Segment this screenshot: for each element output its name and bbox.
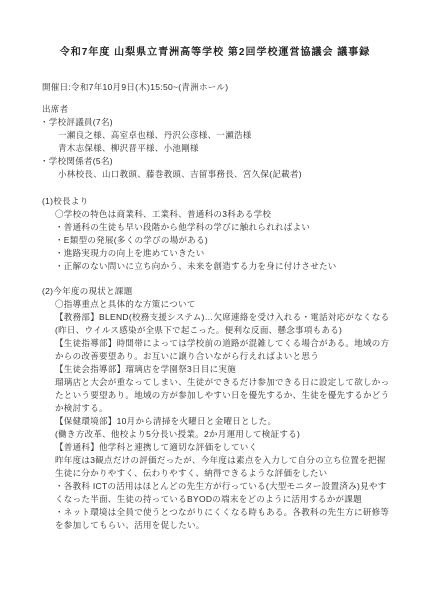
minutes-line: ・正解のない問いに立ち向かう、未来を創造する力を身に付けさせたい [55, 260, 394, 273]
section-current-status-issues: (2)今年度の現状と課題 〇指導重点と具体的な方策について 【教務部】BLEND… [42, 285, 394, 532]
minutes-line: 【教務部】BLEND(校務支援システム)…欠席連絡を受け入れる・電話対応がなくな… [55, 311, 394, 324]
minutes-line: ・ネット環境は全員で使うとつながりにくくなる時もある。各教科の先生方に研修等を参… [55, 506, 394, 532]
section-heading: (2)今年度の現状と課題 [42, 285, 394, 298]
minutes-line: 〇学校の特色は商業科、工業科、普通科の3科ある学校 [55, 208, 394, 221]
attendees-section: 出席者 ・学校評議員(7名) 一瀬良之様、高室卓也様、丹沢公彦様、一瀬浩様 青木… [42, 103, 394, 181]
minutes-line: (働き方改革、他校より5分長い授業。2か月運用して検証する) [55, 428, 394, 441]
minutes-line: ・普通科の生徒も早い段階から他学科の学びに触れられればよい [55, 221, 394, 234]
minutes-line: ・各教科 ICTの活用はほとんどの先生方が行っている(大型モニター設置済み)見や… [55, 480, 394, 506]
attendee-group-label: ・学校関係者(5名) [40, 155, 394, 168]
section-principal-remarks: (1)校長より 〇学校の特色は商業科、工業科、普通科の3科ある学校 ・普通科の生… [42, 195, 394, 273]
meeting-date-line: 開催日:令和7年10月9日(木)15:50~(青洲ホール) [42, 81, 394, 94]
section-heading: (1)校長より [42, 195, 394, 208]
minutes-line: 〇指導重点と具体的な方策について [55, 298, 394, 311]
attendee-group-label: ・学校評議員(7名) [40, 116, 394, 129]
minutes-line: 【保健環境部】10月から清掃を火曜日と金曜日とした。 [55, 415, 394, 428]
document-page: 令和7年度 山梨県立青洲高等学校 第2回学校運営協議会 議事録 開催日:令和7年… [0, 0, 424, 600]
minutes-line: 【生徒指導部】時間帯によっては学校前の道路が混雑してくる場合がある。地域の方から… [55, 337, 394, 363]
attendee-names-line: 青木志保様、柳沢晋平様、小池剛様 [58, 142, 394, 155]
attendees-heading: 出席者 [42, 103, 394, 116]
attendee-names-line: 一瀬良之様、高室卓也様、丹沢公彦様、一瀬浩様 [58, 129, 394, 142]
minutes-line: 【生徒会指導部】瑠璃店を学園祭3日目に実施 [55, 363, 394, 376]
attendee-names-line: 小林校長、山口教頭、藤巻教頭、吉留事務長、宮久保(記載者) [58, 168, 394, 181]
minutes-line: ・進路実現力の向上を進めていきたい [55, 247, 394, 260]
minutes-line: 昨年度は3観点だけの評価だったが、今年度は素点を入力して自分の立ち位置を把握 [55, 454, 394, 467]
document-title: 令和7年度 山梨県立青洲高等学校 第2回学校運営協議会 議事録 [36, 46, 394, 60]
minutes-line: 生徒に分かりやすく、伝わりやすく、納得できるような評価をしたい [55, 467, 394, 480]
minutes-line: 【普通科】他学科と連携して適切な評価をしていく [55, 441, 394, 454]
minutes-line: (昨日、ウイルス感染が全県下で起こった。便利な反面、懸念事項もある) [55, 324, 394, 337]
minutes-line: ・E類型の発展(多くの学びの場がある) [55, 234, 394, 247]
minutes-line: 瑠璃店と大会が重なってしまい、生徒ができるだけ参加できる日に設定して欲しかったと… [55, 376, 394, 415]
